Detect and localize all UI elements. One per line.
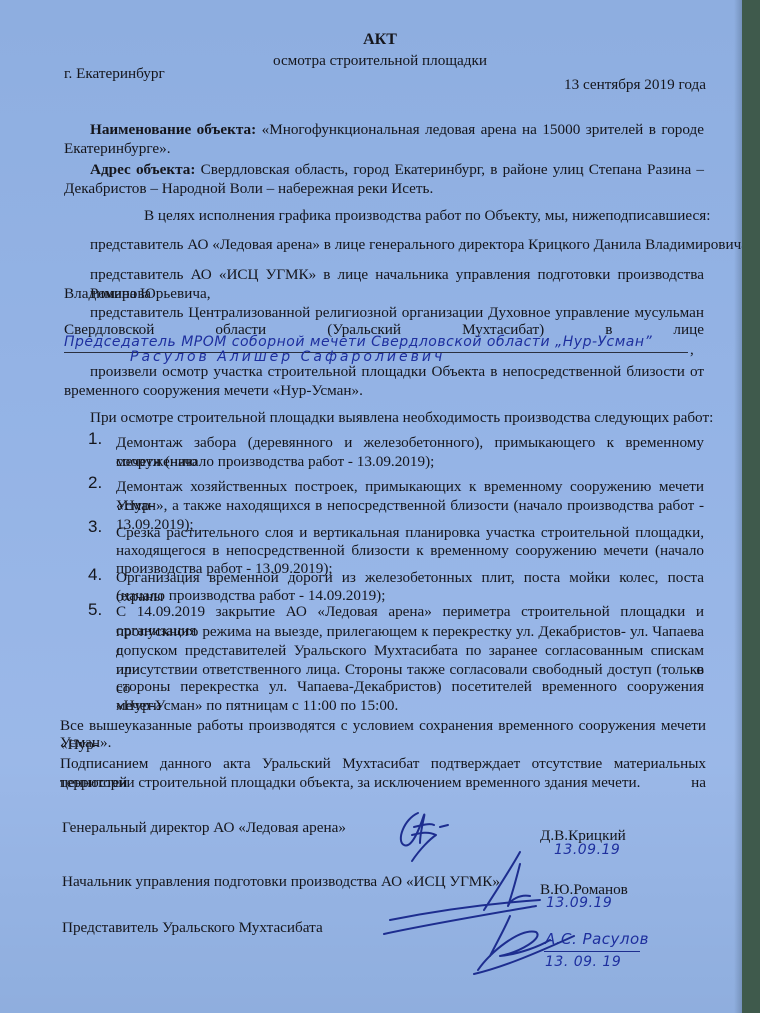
comma: , xyxy=(690,340,694,359)
address-line1: Адрес объекта: Свердловская область, гор… xyxy=(64,160,704,179)
object-name-line2: Екатеринбурге». xyxy=(64,139,171,158)
work-number: 2. xyxy=(88,473,102,493)
inspection-line2: временного сооружения мечети «Нур-Усман»… xyxy=(64,381,363,400)
work-line: находящегося в непосредственной близости… xyxy=(116,541,704,560)
intro-paragraph: В целях исполнения графика производства … xyxy=(144,206,710,225)
work-number: 1. xyxy=(88,429,102,449)
signatory-role-1: Генеральный директор АО «Ледовая арена» xyxy=(62,818,346,837)
work-number: 3. xyxy=(88,517,102,537)
object-name-line1: Наименование объекта: «Многофункциональн… xyxy=(64,120,704,139)
document-title: АКТ xyxy=(0,30,760,49)
work-line: Усман», а также находящихся в непосредст… xyxy=(116,496,704,515)
address-label: Адрес объекта: xyxy=(90,161,195,178)
work-line: Срезка растительного слоя и вертикальная… xyxy=(116,523,704,542)
works-intro: При осмотре строительной площадки выявле… xyxy=(90,408,713,427)
work-line: «Нур-Усман» по пятницам с 11:00 по 15:00… xyxy=(116,696,398,715)
condition-line2: Усман». xyxy=(60,733,111,752)
confirmation-line2: территории строительной площадки объекта… xyxy=(60,773,640,792)
document-city: г. Екатеринбург xyxy=(64,64,165,83)
work-number: 5. xyxy=(88,600,102,620)
document-date: 13 сентября 2019 года xyxy=(564,75,706,94)
handwritten-representative-title: Председатель МРОМ соборной мечети Свердл… xyxy=(64,334,652,350)
signatory-date-2: 13.09.19 xyxy=(546,895,612,911)
signatory-date-1: 13.09.19 xyxy=(554,842,620,858)
party-2-line2: Владимира Юрьевича, xyxy=(64,284,211,303)
object-name-label: Наименование объекта: xyxy=(90,121,256,138)
address-line2: Декабристов – Народной Воли – набережная… xyxy=(64,179,433,198)
signatory-role-3: Представитель Уральского Мухтасибата xyxy=(62,918,323,937)
work-number: 4. xyxy=(88,565,102,585)
work-line: мечети (начало производства работ - 13.0… xyxy=(116,452,434,471)
party-1: представитель АО «Ледовая арена» в лице … xyxy=(90,235,752,254)
condition-line1: Все вышеуказанные работы производятся с … xyxy=(60,716,706,754)
inspection-line1: произвели осмотр участка строительной пл… xyxy=(90,362,704,381)
signature-rasulov-icon xyxy=(470,910,580,980)
document-page: АКТ осмотра строительной площадки г. Ека… xyxy=(0,0,742,1013)
